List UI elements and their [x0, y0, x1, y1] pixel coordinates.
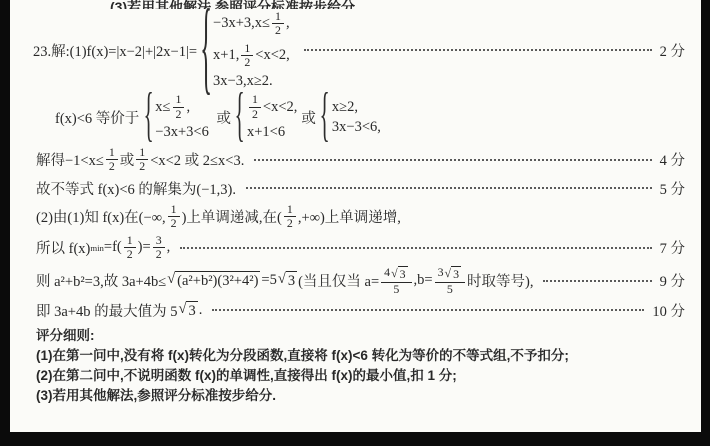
math-text: 3 — [453, 267, 459, 281]
brace-glyph: { — [200, 0, 212, 109]
case-rows: −3x+3,x≤12,x+1,12<x<2,3x−3,x≥2. — [213, 10, 290, 90]
math-text: (3)若用其他解法,参照评分标准按步给分. — [36, 387, 276, 406]
numerator: 1 — [106, 146, 118, 160]
math-text: 2 — [139, 159, 145, 173]
math-text: (a²+b²)(3²+4²) — [177, 273, 258, 289]
math-text: x+1<6 — [247, 124, 285, 141]
solution-line: 则 a²+b²=3,故 3a+4b≤√(a²+b²)(3²+4²)=5√3(当且… — [36, 266, 685, 296]
math-text: 3 — [188, 303, 195, 319]
math-text: 2 — [176, 107, 182, 121]
radical-sign-icon: √ — [179, 302, 187, 317]
solution-line: 评分细则: — [36, 327, 685, 346]
line-content: (2)在第二问中,不说明函数 f(x)的单调性,直接得出 f(x)的最小值,扣 … — [36, 367, 457, 386]
left-brace-icon: { — [320, 99, 330, 136]
radicand: 3 — [451, 266, 461, 282]
math-text: 故不等式 f(x)<6 的解集为(−1,3). — [36, 178, 236, 199]
case-row: x+1,12<x<2, — [213, 42, 290, 70]
line-content: 则 a²+b²=3,故 3a+4b≤√(a²+b²)(3²+4²)=5√3(当且… — [36, 266, 533, 296]
math-text: −3x+3<6 — [155, 124, 209, 141]
square-root: √3 — [445, 266, 461, 282]
math-text: 2 — [287, 216, 293, 230]
solution-line: (3)若用其他解法,参照评分标准按步给分. — [36, 387, 685, 406]
numerator: 3√3 — [435, 266, 465, 283]
piecewise-cases: {x≤12,−3x+3<6 — [143, 93, 209, 141]
radical-sign-icon: √ — [278, 272, 286, 287]
math-text: . — [199, 302, 203, 319]
math-text: 2 — [275, 23, 281, 37]
brace-glyph: { — [235, 83, 245, 152]
brace-glyph: { — [320, 83, 330, 152]
math-text: , — [186, 99, 190, 116]
math-text: 2 — [156, 247, 162, 261]
piecewise-cases: {12<x<2,x+1<6 — [235, 93, 297, 141]
math-text: 或 — [213, 107, 231, 128]
math-text: <x<2 或 2≤x<3. — [150, 149, 244, 170]
math-text: 3 — [156, 233, 162, 247]
math-text: =5 — [261, 272, 276, 289]
fraction: 12 — [106, 146, 118, 174]
numerator: 1 — [168, 203, 180, 217]
solution-line: 所以 f(x)min=f(12)=32,7 分 — [36, 234, 685, 262]
math-text: )上单调递减,在( — [182, 206, 282, 227]
math-text: , — [286, 15, 290, 32]
numerator: 1 — [249, 93, 261, 107]
math-text: 或 — [120, 149, 135, 170]
line-content: 故不等式 f(x)<6 的解集为(−1,3). — [36, 178, 236, 199]
denominator: 2 — [168, 217, 180, 230]
math-text: 3 — [288, 273, 295, 289]
math-text: )= — [138, 239, 151, 256]
solution-line: (1)在第一问中,没有将 f(x)转化为分段函数,直接将 f(x)<6 转化为等… — [36, 347, 685, 366]
solution-line: f(x)<6 等价于{x≤12,−3x+3<6 或{12<x<2,x+1<6或{… — [55, 93, 685, 141]
piecewise-cases: {x≥2,3x−3<6, — [320, 99, 381, 136]
denominator: 2 — [272, 24, 284, 37]
left-brace-icon: { — [235, 93, 245, 141]
math-text: 1 — [252, 92, 258, 106]
case-rows: 12<x<2,x+1<6 — [247, 93, 297, 141]
case-row: x+1<6 — [247, 124, 297, 141]
math-text: 时取等号), — [467, 270, 533, 291]
subscript: min — [90, 243, 104, 253]
radical-sign-icon: √ — [445, 267, 452, 279]
case-row: 3x−3<6, — [332, 119, 381, 136]
denominator: 2 — [284, 217, 296, 230]
solution-line: 即 3a+4b 的最大值为 5√3.10 分 — [36, 300, 685, 321]
square-root: √3 — [278, 271, 297, 290]
math-text: 1 — [127, 233, 133, 247]
math-text: 即 3a+4b 的最大值为 5 — [36, 300, 178, 321]
math-text: (1)在第一问中,没有将 f(x)转化为分段函数,直接将 f(x)<6 转化为等… — [36, 347, 569, 366]
math-text: 则 a²+b²=3,故 3a+4b≤ — [36, 270, 166, 291]
numerator: 1 — [124, 234, 136, 248]
score-label: 10 分 — [652, 300, 685, 321]
score-label: 7 分 — [660, 237, 685, 258]
dotted-leader — [304, 49, 652, 51]
fraction: 12 — [249, 93, 261, 121]
math-text: =f( — [104, 239, 122, 256]
radicand: 3 — [398, 266, 408, 282]
dotted-leader — [180, 247, 651, 249]
fraction: 4√35 — [381, 266, 411, 296]
solution-line: 23.解:(1)f(x)=|x−2|+|2x−1|={−3x+3,x≤12,x+… — [33, 10, 685, 90]
math-text: f(x)<6 等价于 — [55, 107, 139, 128]
fraction: 12 — [241, 42, 253, 70]
line-content: (2)由(1)知 f(x)在(−∞,12)上单调递减,在(12,+∞)上单调递增… — [36, 203, 401, 231]
math-text: 1 — [109, 145, 115, 159]
line-content: 解得−1<x≤12或12<x<2 或 2≤x<3. — [36, 146, 244, 174]
numerator: 3 — [153, 234, 165, 248]
denominator: 2 — [153, 248, 165, 261]
math-text: x≤ — [155, 99, 170, 116]
line-content: 即 3a+4b 的最大值为 5√3. — [36, 300, 202, 321]
fraction: 12 — [284, 203, 296, 231]
math-text: 1 — [287, 202, 293, 216]
dotted-leader — [543, 280, 651, 282]
math-text: 2 — [171, 216, 177, 230]
math-text: , — [167, 239, 171, 256]
fraction: 32 — [153, 234, 165, 262]
score-label: 2 分 — [660, 40, 685, 61]
denominator: 2 — [136, 160, 148, 173]
radical-sign-icon: √ — [391, 267, 398, 279]
math-text: 23.解:(1)f(x)=|x−2|+|2x−1|= — [33, 40, 197, 61]
math-text: 5 — [447, 282, 453, 296]
left-brace-icon: { — [143, 93, 153, 141]
math-text: x+1, — [213, 47, 239, 64]
math-text: (2)在第二问中,不说明函数 f(x)的单调性,直接得出 f(x)的最小值,扣 … — [36, 367, 457, 386]
fraction: 12 — [173, 93, 185, 121]
math-text: ,b= — [414, 272, 433, 289]
clipped-previous-line: (3)若用其他解法,参照评分标准按步给分. — [36, 0, 685, 9]
math-text: 3x−3<6, — [332, 119, 381, 136]
dotted-leader — [254, 159, 651, 161]
case-row: 12<x<2, — [247, 93, 297, 121]
line-content: f(x)<6 等价于{x≤12,−3x+3<6 或{12<x<2,x+1<6或{… — [55, 93, 385, 141]
line-content: 评分细则: — [36, 327, 95, 346]
denominator: 2 — [249, 108, 261, 121]
score-label: 9 分 — [660, 270, 685, 291]
case-row: −3x+3<6 — [155, 124, 209, 141]
solution-line: 解得−1<x≤12或12<x<2 或 2≤x<3.4 分 — [36, 146, 685, 174]
radicand: 3 — [286, 271, 297, 290]
case-row: −3x+3,x≤12, — [213, 10, 290, 38]
denominator: 2 — [106, 160, 118, 173]
fraction: 3√35 — [435, 266, 465, 296]
denominator: 2 — [124, 248, 136, 261]
solution-line: 故不等式 f(x)<6 的解集为(−1,3).5 分 — [36, 178, 685, 199]
math-text: 2 — [252, 107, 258, 121]
math-text: 3 — [400, 267, 406, 281]
score-label: 5 分 — [660, 178, 685, 199]
solution-line: (2)在第二问中,不说明函数 f(x)的单调性,直接得出 f(x)的最小值,扣 … — [36, 367, 685, 386]
dotted-leader — [212, 309, 644, 311]
math-text: 2 — [127, 247, 133, 261]
case-row: x≥2, — [332, 99, 381, 116]
math-text: 所以 f(x) — [36, 237, 90, 258]
answer-key-content: (3)若用其他解法,参照评分标准按步给分. 23.解:(1)f(x)=|x−2|… — [10, 0, 701, 405]
math-text: 评分细则: — [36, 327, 95, 346]
denominator: 5 — [444, 283, 456, 296]
document-page: (3)若用其他解法,参照评分标准按步给分. 23.解:(1)f(x)=|x−2|… — [10, 0, 701, 432]
numerator: 4√3 — [381, 266, 411, 283]
math-text: (当且仅当 a= — [298, 270, 379, 291]
math-text: (2)由(1)知 f(x)在(−∞, — [36, 206, 166, 227]
case-row: 3x−3,x≥2. — [213, 73, 290, 90]
math-text: ,+∞)上单调递增, — [298, 206, 401, 227]
fraction: 12 — [168, 203, 180, 231]
math-text: 或 — [301, 107, 316, 128]
radicand: (a²+b²)(3²+4²) — [175, 271, 260, 290]
math-text: 1 — [275, 9, 281, 23]
line-content: 23.解:(1)f(x)=|x−2|+|2x−1|={−3x+3,x≤12,x+… — [33, 10, 294, 90]
math-text: 2 — [244, 55, 250, 69]
denominator: 5 — [390, 283, 402, 296]
dotted-leader — [246, 187, 652, 189]
left-brace-icon: { — [201, 10, 211, 90]
math-text: 1 — [176, 92, 182, 106]
math-text: −3x+3,x≤ — [213, 15, 270, 32]
denominator: 2 — [173, 108, 185, 121]
square-root: √(a²+b²)(3²+4²) — [167, 271, 260, 290]
math-text: <x<2, — [263, 99, 297, 116]
math-text: 1 — [171, 202, 177, 216]
square-root: √3 — [391, 266, 407, 282]
math-text: 2 — [109, 159, 115, 173]
square-root: √3 — [179, 301, 198, 320]
clipped-line-text: (3)若用其他解法,参照评分标准按步给分. — [110, 0, 359, 9]
brace-glyph: { — [143, 83, 153, 152]
screenshot-root: { "colors":{"paper":"#fbfbf8","ink":"#28… — [0, 0, 710, 446]
radicand: 3 — [186, 301, 197, 320]
math-text: x≥2, — [332, 99, 358, 116]
line-content: (1)在第一问中,没有将 f(x)转化为分段函数,直接将 f(x)<6 转化为等… — [36, 347, 569, 366]
math-text: 3 — [438, 265, 444, 279]
numerator: 1 — [284, 203, 296, 217]
denominator: 2 — [241, 56, 253, 69]
math-text: <x<2, — [255, 47, 289, 64]
math-text: 解得−1<x≤ — [36, 149, 104, 170]
numerator: 1 — [272, 10, 284, 24]
fraction: 12 — [124, 234, 136, 262]
piecewise-cases: {−3x+3,x≤12,x+1,12<x<2,3x−3,x≥2. — [201, 10, 290, 90]
fraction: 12 — [272, 10, 284, 38]
math-text: 1 — [244, 41, 250, 55]
solution-line: (2)由(1)知 f(x)在(−∞,12)上单调递减,在(12,+∞)上单调递增… — [36, 203, 685, 231]
score-label: 4 分 — [660, 149, 685, 170]
line-content: 所以 f(x)min=f(12)=32, — [36, 234, 170, 262]
line-content: (3)若用其他解法,参照评分标准按步给分. — [36, 387, 276, 406]
radical-sign-icon: √ — [167, 272, 175, 287]
math-text: 4 — [384, 265, 390, 279]
case-rows: x≥2,3x−3<6, — [332, 99, 381, 136]
solution-block: 23.解:(1)f(x)=|x−2|+|2x−1|={−3x+3,x≤12,x+… — [36, 10, 685, 405]
numerator: 1 — [173, 93, 185, 107]
math-text: 5 — [393, 282, 399, 296]
numerator: 1 — [241, 42, 253, 56]
